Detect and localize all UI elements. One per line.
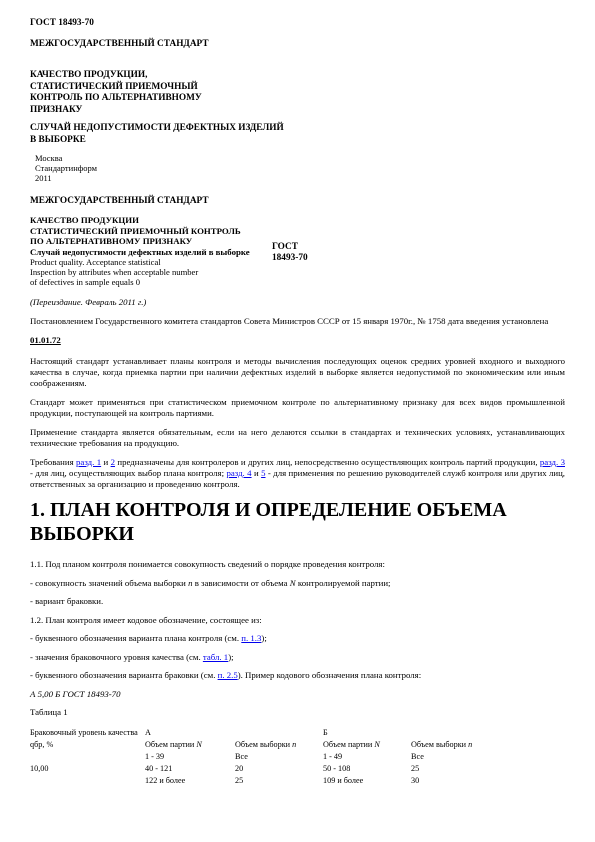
sample-size-header-b: Объем выборки n: [411, 739, 565, 751]
masthead-title-line: КАЧЕСТВО ПРОДУКЦИИ: [30, 215, 275, 226]
gost-number-top: ГОСТ 18493-70: [30, 18, 565, 28]
masthead-title-line: СТАТИСТИЧЕСКИЙ ПРИЕМОЧНЫЙ КОНТРОЛЬ: [30, 226, 275, 237]
intro-paragraph-3: Применение стандарта является обязательн…: [30, 427, 565, 449]
standard-type-label-2: МЕЖГОСУДАРСТВЕННЫЙ СТАНДАРТ: [30, 196, 565, 206]
table-row: 122 и более 25 109 и более 30: [30, 775, 565, 787]
symbol-n: n: [468, 740, 472, 749]
bullet-text: ). Пример кодового обозначения плана кон…: [238, 670, 421, 680]
bullet-text: - значения браковочного уровня качества …: [30, 652, 203, 662]
masthead: КАЧЕСТВО ПРОДУКЦИИ СТАТИСТИЧЕСКИЙ ПРИЕМО…: [30, 215, 565, 287]
bullet-plan-code: - буквенного обозначения варианта плана …: [30, 633, 565, 644]
masthead-subtitle: Случай недопустимости дефектных изделий …: [30, 247, 275, 258]
empty-cell: [30, 751, 145, 763]
gost-code-line: 18493-70: [272, 253, 308, 264]
lot-range-cell: 109 и более: [323, 775, 411, 787]
masthead-title-line: ПО АЛЬТЕРНАТИВНОМУ ПРИЗНАКУ: [30, 236, 275, 247]
empty-cell: [235, 727, 323, 739]
decree-paragraph: Постановлением Государственного комитета…: [30, 316, 565, 327]
bullet-text: );: [228, 652, 233, 662]
sample-size-cell: 30: [411, 775, 565, 787]
sample-size-cell: 25: [411, 763, 565, 775]
link-clause-1-3[interactable]: п. 1.3: [241, 633, 261, 643]
table-1-label: Таблица 1: [30, 707, 565, 718]
quality-level-header-cell: Браковочный уровень качества qбр, %: [30, 727, 145, 751]
group-b-header-cell: Б: [323, 727, 411, 739]
bullet-text: - буквенного обозначения варианта браков…: [30, 670, 218, 680]
document-page: ГОСТ 18493-70 МЕЖГОСУДАРСТВЕННЫЙ СТАНДАР…: [0, 0, 595, 842]
bullet-text: );: [261, 633, 266, 643]
quality-level-value-cell: 10,00: [30, 763, 145, 775]
sample-size-cell: Все: [411, 751, 565, 763]
table-row: 10,00 40 - 121 20 50 - 108 25: [30, 763, 565, 775]
cover-title-line: СТАТИСТИЧЕСКИЙ ПРИЕМОЧНЫЙ: [30, 82, 565, 94]
section-1-heading: 1. ПЛАН КОНТРОЛЯ И ОПРЕДЕЛЕНИЕ ОБЪЕМА ВЫ…: [30, 498, 565, 546]
cover-title-line: КОНТРОЛЬ ПО АЛЬТЕРНАТИВНОМУ: [30, 93, 565, 105]
effective-date: 01.01.72: [30, 335, 565, 345]
bullet-quality-level: - значения браковочного уровня качества …: [30, 652, 565, 663]
cover-subtitle-line: В ВЫБОРКЕ: [30, 135, 565, 147]
bullet-reject-variant: - вариант браковки.: [30, 596, 565, 607]
lot-size-header-b: Объем партии N: [323, 739, 411, 751]
imprint-block: Москва Стандартинформ 2011: [30, 153, 565, 183]
masthead-titles: КАЧЕСТВО ПРОДУКЦИИ СТАТИСТИЧЕСКИЙ ПРИЕМО…: [30, 215, 275, 287]
gost-code-box: ГОСТ 18493-70: [272, 242, 308, 263]
requirements-text: предназначены для контролеров и других л…: [115, 457, 540, 467]
sample-size-cell: 25: [235, 775, 323, 787]
intro-paragraph-1: Настоящий стандарт устанавливает планы к…: [30, 356, 565, 389]
symbol-N: N: [196, 740, 201, 749]
cover-title-line: ПРИЗНАКУ: [30, 105, 565, 117]
requirements-text: Требования: [30, 457, 76, 467]
lot-range-cell: 40 - 121: [145, 763, 235, 775]
bullet-text: - совокупность значений объема выборки: [30, 578, 188, 588]
link-clause-2-5[interactable]: п. 2.5: [218, 670, 238, 680]
cover-title: КАЧЕСТВО ПРОДУКЦИИ, СТАТИСТИЧЕСКИЙ ПРИЕМ…: [30, 70, 565, 116]
table-row: 1 - 39 Все 1 - 49 Все: [30, 751, 565, 763]
link-section-3[interactable]: разд. 3: [540, 457, 565, 467]
empty-cell: [411, 727, 565, 739]
table-row: Браковочный уровень качества qбр, % А Б: [30, 727, 565, 739]
requirements-text: и: [101, 457, 110, 467]
clause-1-2: 1.2. План контроля имеет кодовое обознач…: [30, 615, 565, 626]
plan-code-example: А 5,00 Б ГОСТ 18493-70: [30, 689, 565, 700]
lot-label: Объем партии: [145, 740, 196, 749]
link-table-1[interactable]: табл. 1: [203, 652, 228, 662]
requirements-paragraph: Требования разд. 1 и 2 предназначены для…: [30, 457, 565, 490]
lot-range-cell: 1 - 49: [323, 751, 411, 763]
masthead-title-en-line: of defectives in sample equals 0: [30, 277, 275, 287]
table-1: Браковочный уровень качества qбр, % А Б …: [30, 727, 565, 787]
requirements-text: - для лиц, осуществляющих выбор плана ко…: [30, 468, 226, 478]
imprint-year: 2011: [35, 173, 565, 183]
link-section-4[interactable]: разд. 4: [226, 468, 251, 478]
sample-label: Объем выборки: [411, 740, 468, 749]
gost-code-line: ГОСТ: [272, 242, 308, 253]
symbol-n: n: [292, 740, 296, 749]
group-a-header-cell: А: [145, 727, 235, 739]
imprint-publisher: Стандартинформ: [35, 163, 565, 173]
imprint-city: Москва: [35, 153, 565, 163]
symbol-N: N: [374, 740, 379, 749]
sample-size-cell: Все: [235, 751, 323, 763]
requirements-text: и: [252, 468, 262, 478]
quality-level-header-line2: qбр, %: [30, 740, 53, 749]
bullet-text: в зависимости от объема: [193, 578, 290, 588]
edition-note: (Переиздание. Февраль 2011 г.): [30, 297, 565, 307]
bullet-sample-size: - совокупность значений объема выборки n…: [30, 578, 565, 589]
link-section-1[interactable]: разд. 1: [76, 457, 101, 467]
standard-type-label: МЕЖГОСУДАРСТВЕННЫЙ СТАНДАРТ: [30, 39, 565, 49]
sample-label: Объем выборки: [235, 740, 292, 749]
cover-subtitle-line: СЛУЧАЙ НЕДОПУСТИМОСТИ ДЕФЕКТНЫХ ИЗДЕЛИЙ: [30, 123, 565, 135]
sample-size-header-a: Объем выборки n: [235, 739, 323, 751]
lot-label: Объем партии: [323, 740, 374, 749]
lot-size-header-a: Объем партии N: [145, 739, 235, 751]
masthead-title-en-line: Product quality. Acceptance statistical: [30, 257, 275, 267]
empty-cell: [30, 775, 145, 787]
lot-range-cell: 50 - 108: [323, 763, 411, 775]
quality-level-header-line1: Браковочный уровень качества: [30, 727, 145, 739]
clause-1-1: 1.1. Под планом контроля понимается сово…: [30, 559, 565, 570]
intro-paragraph-2: Стандарт может применяться при статистич…: [30, 397, 565, 419]
lot-range-cell: 1 - 39: [145, 751, 235, 763]
bullet-text: контролируемой партии;: [296, 578, 391, 588]
masthead-title-en-line: Inspection by attributes when acceptable…: [30, 267, 275, 277]
bullet-text: - буквенного обозначения варианта плана …: [30, 633, 241, 643]
sample-size-cell: 20: [235, 763, 323, 775]
cover-subtitle: СЛУЧАЙ НЕДОПУСТИМОСТИ ДЕФЕКТНЫХ ИЗДЕЛИЙ …: [30, 123, 565, 146]
lot-range-cell: 122 и более: [145, 775, 235, 787]
bullet-reject-code: - буквенного обозначения варианта браков…: [30, 670, 565, 681]
cover-title-line: КАЧЕСТВО ПРОДУКЦИИ,: [30, 70, 565, 82]
